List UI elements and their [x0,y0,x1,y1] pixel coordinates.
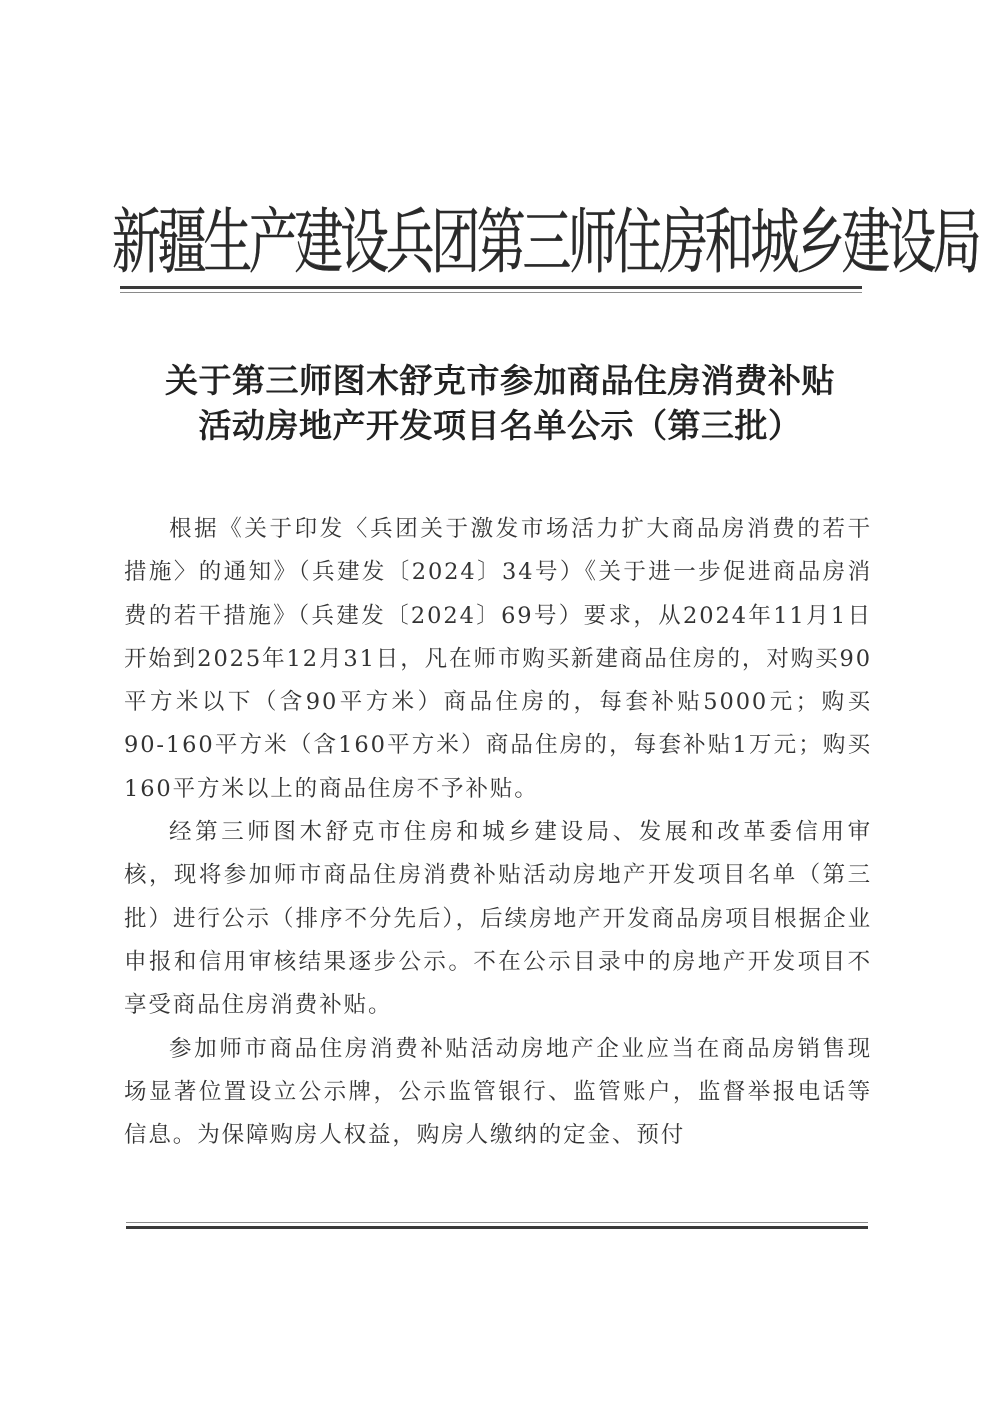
paragraph-3: 参加师市商品住房消费补贴活动房地产企业应当在商品房销售现场显著位置设立公示牌，公… [124,1028,872,1158]
paragraph-1: 根据《关于印发〈兵团关于激发市场活力扩大商品房消费的若干措施〉的通知》（兵建发〔… [124,508,872,811]
header-rule-thin [120,292,862,293]
document-body: 根据《关于印发〈兵团关于激发市场活力扩大商品房消费的若干措施〉的通知》（兵建发〔… [124,508,872,1157]
footer-rule-thin [126,1222,868,1223]
document-title-line-1: 关于第三师图木舒克市参加商品住房消费补贴 [100,355,900,402]
document-title-line-2: 活动房地产开发项目名单公示（第三批） [100,400,900,447]
document-page: 新疆生产建设兵团第三师住房和城乡建设局 关于第三师图木舒克市参加商品住房消费补贴… [0,0,1000,1414]
footer-rule-thick [126,1226,868,1229]
paragraph-2: 经第三师图木舒克市住房和城乡建设局、发展和改革委信用审核，现将参加师市商品住房消… [124,811,872,1027]
header-rule-thick [120,286,862,289]
